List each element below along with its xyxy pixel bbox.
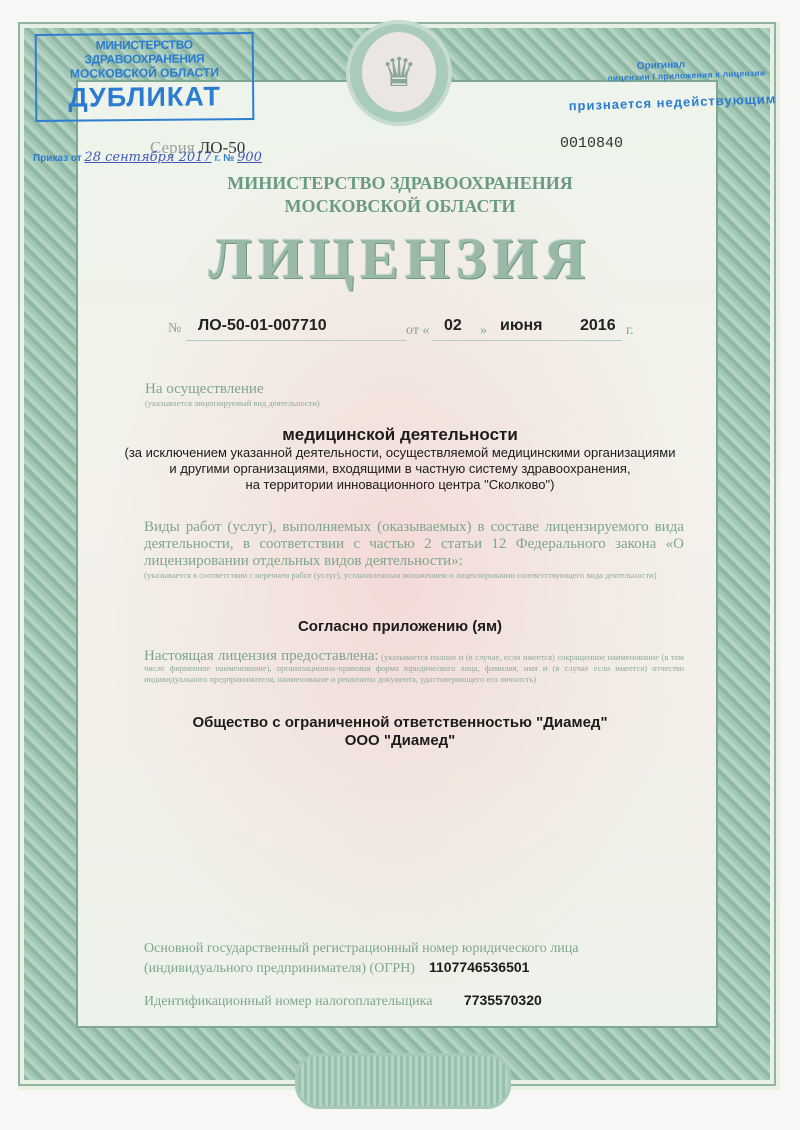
serial-number: 0010840 [560, 135, 623, 152]
activity-hint: (указывается лицензируемый вид деятельно… [145, 398, 320, 408]
works-value: Согласно приложению (ям) [0, 618, 800, 635]
ogrn-value: 1107746536501 [429, 959, 529, 975]
works-block: Виды работ (услуг), выполняемых (оказыва… [144, 519, 684, 580]
license-number-row: № ЛО-50-01-007710 от « 02 » июня 2016 г. [0, 313, 800, 343]
works-hint: (указывается в соответствии с перечнем р… [144, 570, 684, 580]
activity-block: медицинской деятельности (за исключением… [100, 425, 700, 493]
ministry-line-2: МОСКОВСКОЙ ОБЛАСТИ [0, 195, 800, 218]
inn-label: Идентификационный номер налогоплательщик… [144, 994, 432, 1009]
double-headed-eagle-icon: ♛ [362, 32, 436, 112]
bottom-cartouche [295, 1053, 511, 1109]
inn-block: Идентификационный номер налогоплательщик… [144, 992, 542, 1010]
date-underline [432, 340, 622, 341]
activity-name: медицинской деятельности [100, 425, 700, 445]
holder-label-block: Настоящая лицензия предоставлена: (указы… [144, 651, 684, 685]
holder-label: Настоящая лицензия предоставлена: [144, 648, 379, 664]
license-month: июня [500, 317, 543, 335]
day-close-quote: » [480, 323, 487, 339]
duplicate-order-line: Приказ от 28 сентября 2017 г. № 900 [33, 150, 262, 165]
number-underline [186, 340, 406, 341]
holder-full-name: Общество с ограниченной ответственностью… [0, 714, 800, 732]
activity-description-line-3: на территории инновационного центра "Ско… [100, 477, 700, 493]
ogrn-block: Основной государственный регистрационный… [144, 939, 684, 978]
from-label: от « [406, 323, 429, 339]
order-suffix: г. № [214, 153, 234, 164]
ministry-line-1: МИНИСТЕРСТВО ЗДРАВООХРАНЕНИЯ [0, 172, 800, 195]
license-number: ЛО-50-01-007710 [198, 317, 327, 335]
stamp-duplicate-label: ДУБЛИКАТ [37, 81, 252, 114]
order-date: 28 сентября 2017 [84, 150, 211, 165]
duplicate-stamp: МИНИСТЕРСТВО ЗДРАВООХРАНЕНИЯ МОСКОВСКОЙ … [35, 32, 255, 122]
license-year: 2016 [580, 317, 616, 335]
order-prefix: Приказ от [33, 153, 82, 164]
year-suffix: г. [626, 323, 634, 339]
inn-value: 7735570320 [464, 992, 542, 1008]
activity-description-line-1: (за исключением указанной деятельности, … [100, 445, 700, 461]
document-title: ЛИЦЕНЗИЯ [0, 225, 800, 292]
number-label: № [168, 321, 181, 337]
works-text: Виды работ (услуг), выполняемых (оказыва… [144, 519, 684, 570]
activity-description-line-2: и другими организациями, входящими в час… [100, 461, 700, 477]
ministry-heading: МИНИСТЕРСТВО ЗДРАВООХРАНЕНИЯ МОСКОВСКОЙ … [0, 172, 800, 218]
order-number: 900 [237, 150, 262, 165]
holder-names: Общество с ограниченной ответственностью… [0, 714, 800, 750]
license-day: 02 [444, 317, 462, 335]
stamp-region-line: МОСКОВСКОЙ ОБЛАСТИ [37, 65, 252, 81]
activity-label: На осуществление [145, 381, 320, 398]
activity-label-block: На осуществление (указывается лицензируе… [145, 381, 320, 408]
original-invalid-stamp: Оригинал лицензии / приложения к лицензи… [567, 57, 766, 114]
holder-short-name: ООО "Диамед" [0, 732, 800, 750]
stamp-ministry-line: МИНИСТЕРСТВО ЗДРАВООХРАНЕНИЯ [37, 37, 252, 67]
